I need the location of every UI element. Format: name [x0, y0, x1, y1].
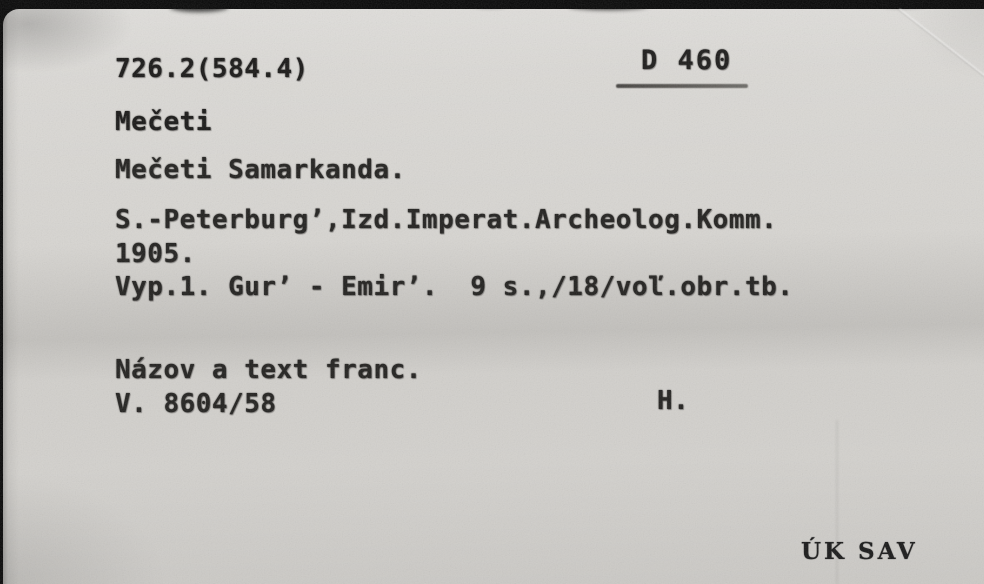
cataloguer-initials: H. [657, 387, 689, 417]
subject-heading: Mečeti [115, 108, 212, 138]
language-note: Názov a text franc. [115, 356, 422, 386]
publication-year: 1905. [115, 240, 196, 270]
call-number-underline [616, 84, 748, 88]
classification-number: 726.2(584.4) [115, 55, 309, 85]
scanned-catalog-card-image: 726.2(584.4) D 460 Mečeti Mečeti Samarka… [0, 0, 984, 584]
collation-line: Vyp.1. Gur’ - Emir’. 9 s.,/18/voľ.obr.tb… [115, 273, 793, 303]
imprint-line: S.-Peterburg’,Izd.Imperat.Archeolog.Komm… [115, 206, 777, 236]
call-number: D 460 [641, 45, 732, 76]
title-line: Mečeti Samarkanda. [115, 156, 406, 186]
library-stamp: ÚK SAV [801, 538, 918, 565]
typewritten-text-layer: 726.2(584.4) D 460 Mečeti Mečeti Samarka… [0, 0, 984, 584]
accession-number: V. 8604/58 [115, 390, 277, 420]
